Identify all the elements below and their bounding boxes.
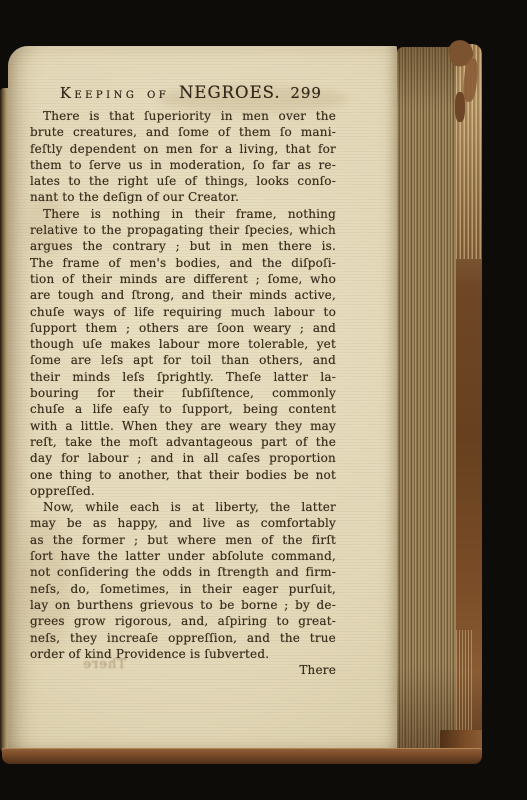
text-line: not conſidering the odds in ſtrength and… [30,564,336,580]
outer-page-block-edge [456,44,482,758]
text-line: feſtly dependent on men for a living, th… [30,141,336,157]
header-word-of: of [147,86,169,102]
bottom-cover-edge [2,748,482,764]
book-photo: Keeping of NEGROES. 299 There is that ſu… [0,0,527,800]
text-line: them to ſerve us in moderation, ſo far a… [30,157,336,173]
text-line: may be as happy, and live as comfortably [30,515,336,531]
text-line: day for labour ; and in all caſes propor… [30,450,336,466]
text-line: lates to the right uſe of things, looks … [30,173,336,189]
text-line: neſs, do, ſometimes, in their eager purſ… [30,581,336,597]
text-line: their minds leſs ſprightly. Theſe latter… [30,369,336,385]
text-line: lay on burthens grievous to be borne ; b… [30,597,336,613]
text-line: chuſe ways of life requiring much labour… [30,304,336,320]
text-line: neſs, they increaſe oppreſſion, and the … [30,630,336,646]
running-header: Keeping of NEGROES. 299 [60,83,322,102]
book-page: Keeping of NEGROES. 299 There is that ſu… [8,46,397,755]
torn-corner-leather [455,92,465,122]
text-line: Now, while each is at liberty, the latte… [30,499,336,515]
text-line: tion of their minds are different ; ſome… [30,271,336,287]
text-line: oppreſſed. [30,483,336,499]
text-line: relative to the propagating their ſpecie… [30,222,336,238]
page-number: 299 [290,84,322,102]
text-line: one thing to another, that their bodies … [30,467,336,483]
header-word-keeping: Keeping [60,86,137,102]
text-line: bouring for their ſubſiſtence, commonly [30,385,336,401]
page-edge-streaks [456,630,472,740]
text-line: There is nothing in their frame, nothing [30,206,336,222]
text-line: as the former ; but where men of the fir… [30,532,336,548]
header-word-negroes: NEGROES. [179,83,281,102]
text-line: ſupport them ; others are ſoon weary ; a… [30,320,336,336]
text-line: ſome are leſs apt for toil than others, … [30,352,336,368]
showthrough-text: There [46,657,126,672]
text-line: nant to the deſign of our Creator. [30,189,336,205]
text-line: ſort have the latter under abſolute comm… [30,548,336,564]
fore-edge-pages [397,47,456,750]
text-line: brute creatures, and ſome of them ſo man… [30,124,336,140]
text-line: reſt, take the moſt advantageous part of… [30,434,336,450]
body-text: There is that ſuperiority in men over th… [30,108,336,678]
text-line: chuſe a life eaſy to ſupport, being cont… [30,401,336,417]
text-line: with a little. When they are weary they … [30,418,336,434]
text-line: though uſe makes labour more tolerable, … [30,336,336,352]
text-line: The frame of men's bodies, and the diſpo… [30,255,336,271]
text-line: There is that ſuperiority in men over th… [30,108,336,124]
text-line: are tough and ſtrong, and their minds ac… [30,287,336,303]
text-line: argues the contrary ; but in men there i… [30,238,336,254]
text-line: grees grow rigorous, and, aſpiring to gr… [30,613,336,629]
